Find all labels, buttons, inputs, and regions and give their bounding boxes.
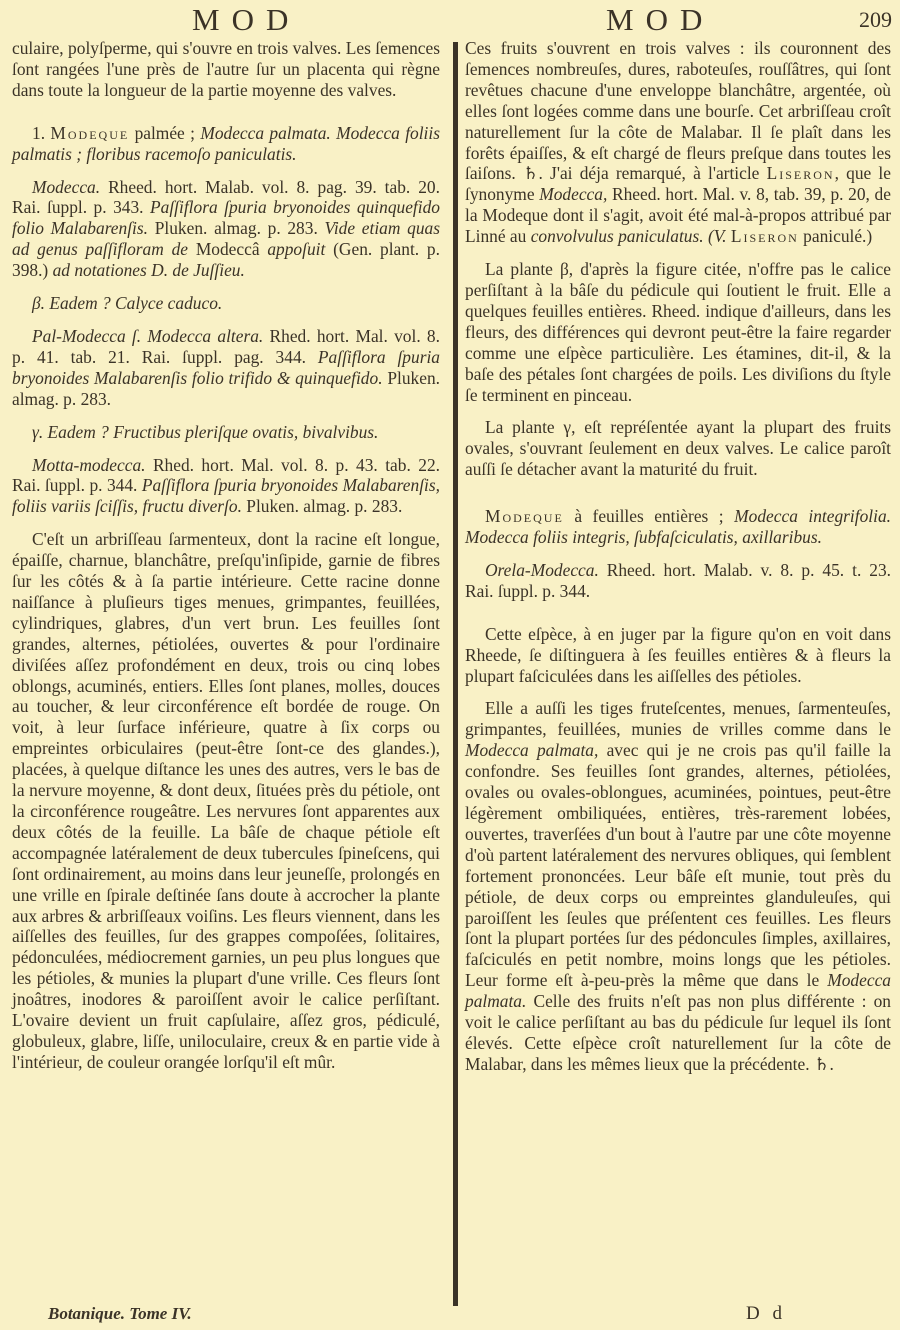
cross-reference: Liseron [731, 226, 799, 246]
synonym-reference: Modeccâ [196, 239, 260, 259]
synonym-paragraph: Modecca. Rheed. hort. Malab. vol. 8. pag… [12, 177, 440, 282]
entry-number: 1. [32, 123, 45, 143]
synonym-name: Orela-Modecca. [485, 560, 599, 580]
synonym-latin: convolvulus paniculatus. (V. [531, 226, 727, 246]
synonym-latin: appoſuit [267, 239, 325, 259]
synonym-reference: Pluken. almag. p. 283. [155, 218, 318, 238]
cross-reference: Liseron [767, 163, 835, 183]
left-column: culaire, polyſperme, qui s'ouvre en troi… [12, 38, 440, 1073]
text-run: Celle des fruits n'eſt pas non plus diff… [465, 991, 891, 1074]
entry-epithet: palmée ; [135, 123, 195, 143]
synonym-paragraph: Motta-modecca. Rhed. hort. Mal. vol. 8. … [12, 455, 440, 518]
running-head-left: MOD [192, 2, 300, 38]
book-page: MOD MOD 209 culaire, polyſperme, qui s'o… [0, 0, 900, 1330]
synonym-paragraph: Orela-Modecca. Rheed. hort. Malab. v. 8.… [465, 560, 891, 602]
species-entry-heading: Modeque à feuilles entières ; Modecca in… [465, 506, 891, 548]
entry-name: Modeque [50, 123, 129, 143]
text-run: paniculé.) [803, 226, 872, 246]
description-paragraph: Cette eſpèce, à en juger par la figure q… [465, 624, 891, 687]
entry-latin-name: Modecca palmata. [200, 123, 330, 143]
right-column: Ces fruits s'ouvrent en trois valves : i… [465, 38, 891, 1075]
synonym-name: Modecca. [32, 177, 100, 197]
page-header: MOD MOD 209 [0, 0, 900, 40]
variety-beta: β. Eadem ? Calyce caduco. [12, 293, 440, 314]
text-run: Elle a auſſi les tiges fruteſcentes, men… [465, 698, 891, 739]
note-beta-paragraph: La plante β, d'après la figure citée, n'… [465, 259, 891, 405]
description-paragraph: C'eſt un arbriſſeau ſarmenteux, dont la … [12, 529, 440, 1073]
running-head-right: MOD [606, 2, 714, 38]
synonym-name: Motta-modecca. [32, 455, 145, 475]
text-run: avec qui je ne crois pas qu'il faille la… [465, 740, 891, 990]
synonym-reference: Pluken. almag. p. 283. [246, 496, 402, 516]
column-rule [453, 42, 458, 1306]
synonym-latin: Modecca, [539, 184, 607, 204]
signature-line: Botanique. Tome IV. [48, 1304, 192, 1324]
page-number: 209 [859, 6, 892, 34]
synonym-latin: ad notationes D. de Juſſieu. [53, 260, 245, 280]
description-paragraph: Elle a auſſi les tiges fruteſcentes, men… [465, 698, 891, 1074]
synonym-latin: Modecca palmata, [465, 740, 598, 760]
continuation-paragraph: culaire, polyſperme, qui s'ouvre en troi… [12, 38, 440, 101]
species-entry-heading: 1. Modeque palmée ; Modecca palmata. Mod… [12, 123, 440, 165]
text-run: Ces fruits s'ouvrent en trois valves : i… [465, 38, 891, 183]
signature-mark: D d [746, 1303, 786, 1325]
synonym-name: Pal-Modecca ſ. Modecca altera. [32, 326, 263, 346]
variety-gamma: γ. Eadem ? Fructibus pleriſque ovatis, b… [12, 422, 440, 443]
entry-epithet: à feuilles entières ; [574, 506, 723, 526]
synonym-paragraph: Pal-Modecca ſ. Modecca altera. Rhed. hor… [12, 326, 440, 410]
note-gamma-paragraph: La plante γ, eſt repréſentée ayant la pl… [465, 417, 891, 480]
entry-name: Modeque [485, 506, 564, 526]
continuation-paragraph: Ces fruits s'ouvrent en trois valves : i… [465, 38, 891, 247]
